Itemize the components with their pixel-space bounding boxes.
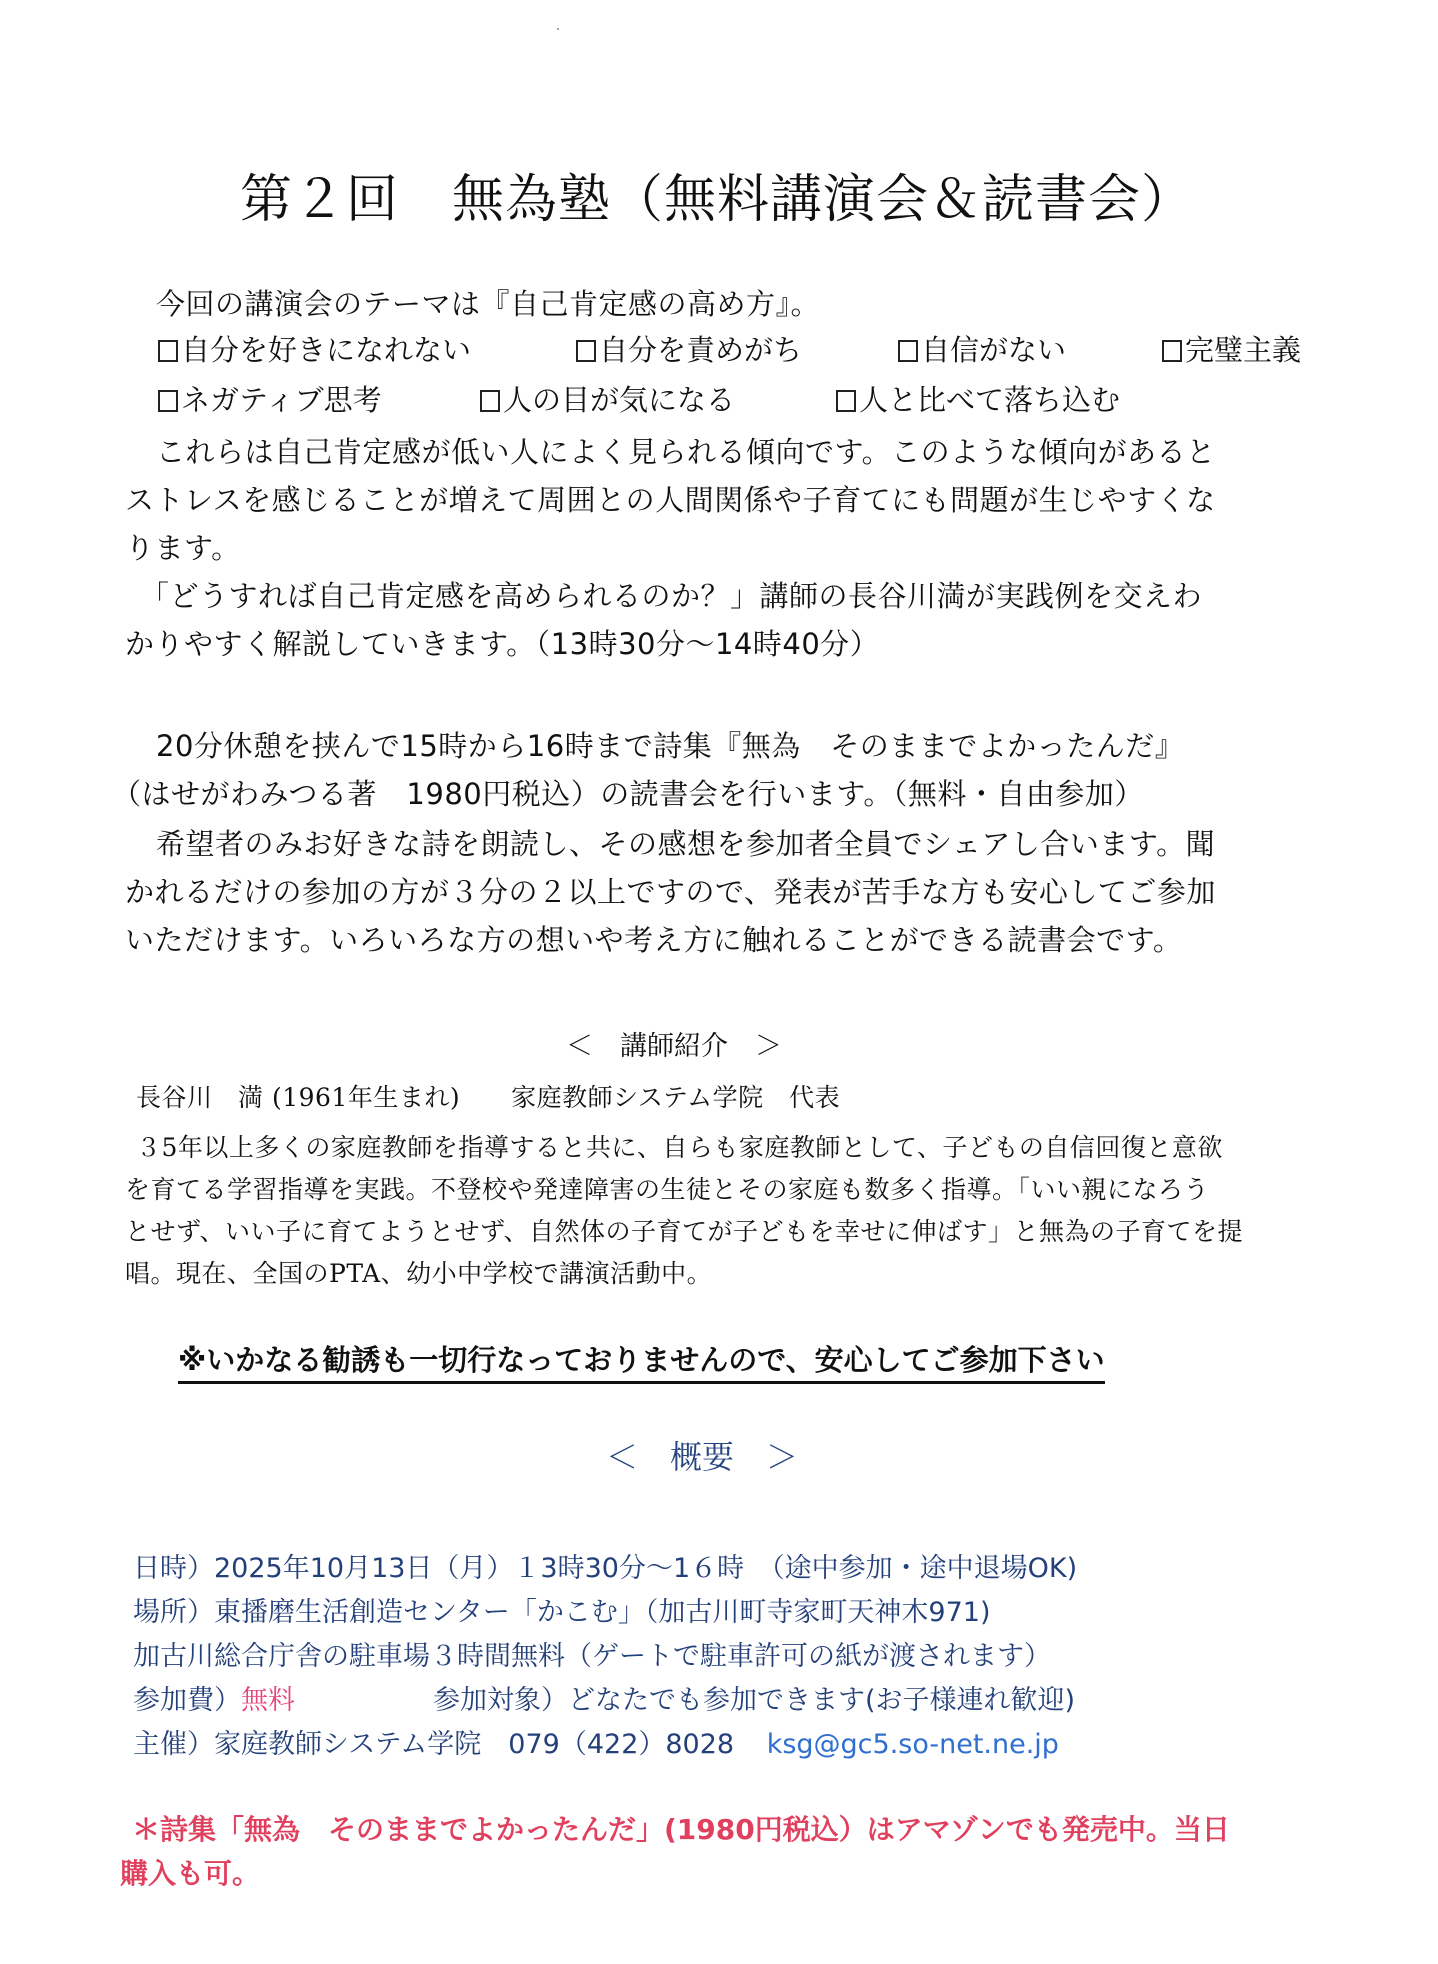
bio-line: ３5年以上多くの家庭教師を指導すると共に、自らも家庭教師として、子どもの自信回復…: [136, 1128, 1223, 1164]
paragraph-line: 「どうすれば自己肯定感を高められるのか？」講師の長谷川満が実践例を交えわ: [140, 574, 1202, 615]
checklist-item: 人の目が気になる: [480, 378, 735, 419]
checklist-item: 人と比べて落ち込む: [836, 378, 1120, 419]
reading-line: かれるだけの参加の方が３分の２以上ですので、発表が苦手な方も安心してご参加: [125, 870, 1216, 911]
checklist-item: 自分を責めがち: [576, 328, 802, 369]
no-solicitation-notice: ※いかなる勧誘も一切行なっておりませんので、安心してご参加下さい: [178, 1338, 1105, 1384]
organizer-info: 主催）家庭教師システム学院 079（422）8028: [133, 1729, 734, 1760]
overview-fee-row: 参加費）無料 参加対象）どなたでも参加できます(お子様連れ歓迎): [133, 1678, 295, 1717]
overview-datetime: 日時）2025年10月13日（月）１3時30分～1６時 （途中参加・途中退場OK…: [133, 1546, 1077, 1585]
checkbox-icon: [158, 340, 178, 362]
checkbox-icon: [836, 390, 856, 412]
footnote-line: ＊詩集「無為 そのままでよかったんだ」(1980円税込）はアマゾンでも発売中。当…: [132, 1808, 1230, 1848]
reading-line: いただけます。いろいろな方の想いや考え方に触れることができる読書会です。: [125, 918, 1182, 959]
fee-value: 無料: [241, 1685, 295, 1716]
bio-line: を育てる学習指導を実践。不登校や発達障害の生徒とその家庭も数多く指導。「いい親に…: [125, 1170, 1209, 1206]
checkbox-icon: [158, 390, 178, 412]
checkbox-icon: [576, 340, 596, 362]
checklist-item: 自信がない: [898, 328, 1066, 369]
paragraph-line: ストレスを感じることが増えて周囲との人間関係や子育てにも問題が生じやすくな: [125, 478, 1216, 519]
speaker-heading: ＜ 講師紹介 ＞: [566, 1024, 782, 1063]
overview-parking: 加古川総合庁舎の駐車場３時間無料（ゲートで駐車許可の紙が渡されます）: [133, 1634, 1051, 1673]
bio-line: とせず、いい子に育てようとせず、自然体の子育てが子どもを幸せに伸ばす」と無為の子…: [125, 1212, 1243, 1248]
checkbox-icon: [480, 390, 500, 412]
checklist-item: ネガティブ思考: [158, 378, 382, 419]
checkbox-icon: [898, 340, 918, 362]
footnote-line: 購入も可。: [120, 1852, 260, 1892]
checklist-item: 自分を好きになれない: [158, 328, 471, 369]
checklist-item: 完璧主義: [1162, 328, 1301, 369]
page-title: 第２回 無為塾（無料講演会＆読書会）: [240, 157, 1194, 232]
overview-venue: 場所）東播磨生活創造センター「かこむ」（加古川町寺家町天神木971): [133, 1590, 991, 1629]
fee-label: 参加費）: [133, 1685, 241, 1716]
paragraph-line: ります。: [125, 526, 241, 567]
flyer-page: 第２回 無為塾（無料講演会＆読書会） 今回の講演会のテーマは『自己肯定感の高め方…: [0, 0, 1438, 1964]
overview-organizer-row: 主催）家庭教師システム学院 079（422）8028 ksg@gc5.so-ne…: [133, 1722, 1059, 1761]
scan-speck: [557, 28, 559, 30]
theme-line: 今回の講演会のテーマは『自己肯定感の高め方』。: [125, 282, 820, 323]
reading-line: 希望者のみお好きな詩を朗読し、その感想を参加者全員でシェアし合います。聞: [125, 822, 1215, 863]
reading-line: （はせがわみつる著 1980円税込）の読書会を行います。（無料・自由参加）: [112, 772, 1144, 813]
bio-line: 唱。現在、全国のPTA、幼小中学校で講演活動中。: [125, 1254, 712, 1290]
overview-heading: ＜ 概要 ＞: [606, 1432, 798, 1478]
speaker-name-line: 長谷川 満 (1961年生まれ) 家庭教師システム学院 代表: [136, 1078, 840, 1114]
overview-target: 参加対象）どなたでも参加できます(お子様連れ歓迎): [433, 1678, 1075, 1717]
paragraph-line: かりやすく解説していきます。（13時30分～14時40分）: [125, 622, 879, 663]
paragraph-line: これらは自己肯定感が低い人によく見られる傾向です。このような傾向があると: [125, 430, 1216, 471]
checkbox-icon: [1162, 340, 1182, 362]
reading-line: 20分休憩を挟んで15時から16時まで詩集『無為 そのままでよかったんだ』: [125, 724, 1184, 765]
organizer-email-link[interactable]: ksg@gc5.so-net.ne.jp: [767, 1729, 1059, 1760]
